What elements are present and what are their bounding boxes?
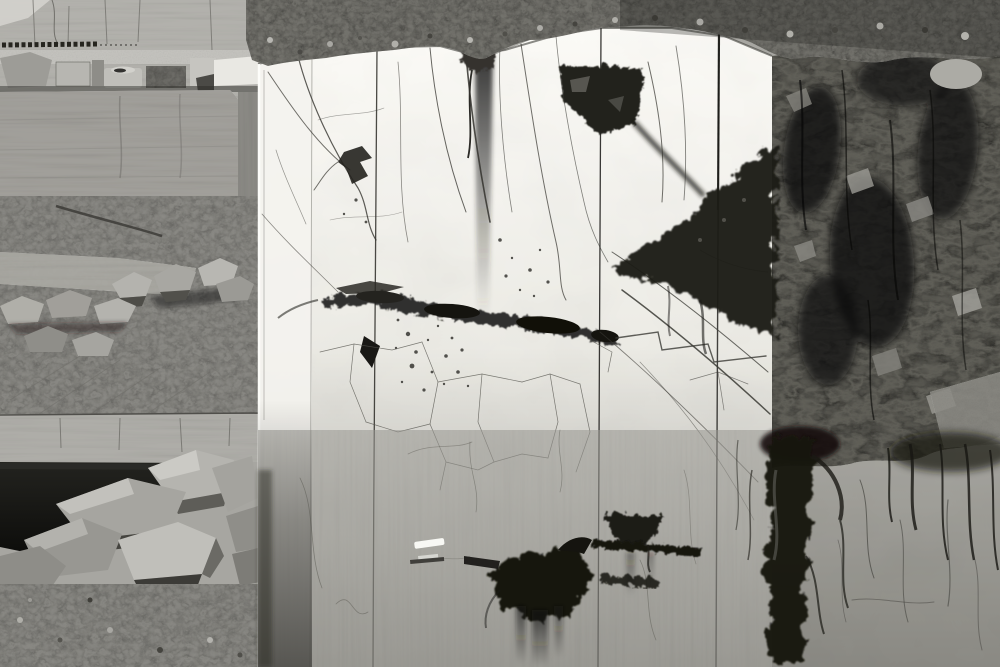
bright-boulder (930, 59, 982, 89)
shadow-gap-strip (238, 92, 260, 196)
wall-strip (0, 414, 263, 462)
quarry-photograph: Black-and-white photograph of a marble q… (0, 0, 1000, 667)
marble-block-face (258, 28, 772, 667)
dark-rock-face (772, 46, 1000, 468)
drill-hole-tick-row (2, 44, 98, 45)
quarry-scene: Black-and-white photograph of a marble q… (0, 0, 1000, 667)
block-hole (114, 69, 126, 73)
rubble-floor (0, 584, 263, 667)
white-slab (214, 56, 260, 86)
left-edge-shadow (258, 470, 272, 667)
terrace-wall (0, 90, 252, 198)
